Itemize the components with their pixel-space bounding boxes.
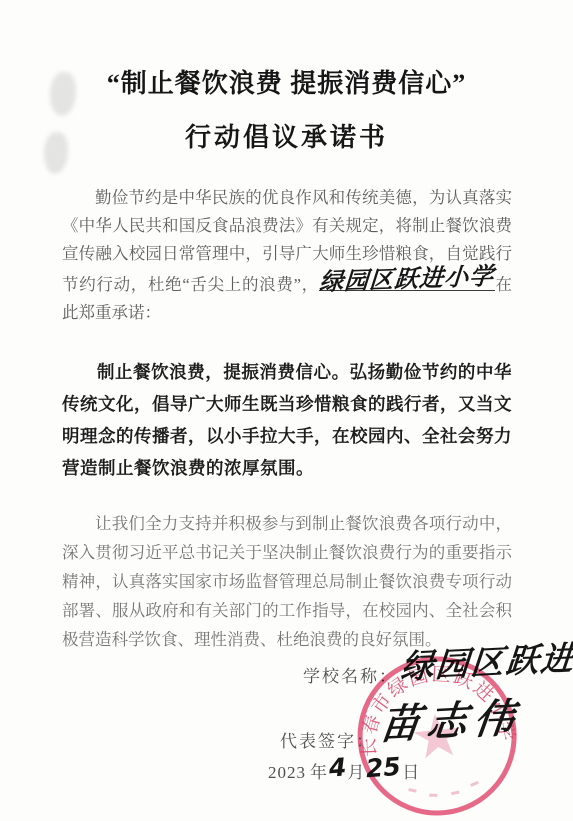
signature-label: 代表签字： — [280, 732, 375, 751]
document-header: “制止餐饮浪费 提振消费信心” 行动倡议承诺书 — [0, 0, 573, 156]
document-body: 勤俭节约是中华民族的优良作风和传统美德，为认真落实《中华人民共和国反食品浪费法》… — [62, 184, 512, 654]
handwritten-date-month: 4 — [328, 752, 347, 782]
document-title-line2: 行动倡议承诺书 — [0, 120, 573, 156]
paragraph-intro: 勤俭节约是中华民族的优良作风和传统美德，为认真落实《中华人民共和国反食品浪费法》… — [62, 184, 512, 327]
pledge-document-page: “制止餐饮浪费 提振消费信心” 行动倡议承诺书 勤俭节约是中华民族的优良作风和传… — [0, 0, 573, 821]
date-year: 2023 — [268, 763, 306, 782]
date-row: 2023 年4月25日 — [268, 755, 420, 784]
date-month-suffix: 月 — [347, 763, 365, 782]
school-name-blank: 绿园区跃进小学 — [319, 268, 495, 291]
handwritten-school-name-inline: 绿园区跃进小学 — [319, 262, 496, 296]
handwritten-signature: 苗志伟 — [377, 686, 525, 751]
document-title-line1: “制止餐饮浪费 提振消费信心” — [0, 66, 573, 102]
scan-smudge — [44, 132, 68, 174]
date-day-suffix: 日 — [402, 763, 420, 782]
paragraph-pledge-bold: 制止餐饮浪费，提振消费信心。弘扬勤俭节约的中华传统文化，倡导广大师生既当珍惜粮食… — [62, 356, 512, 484]
handwritten-date-day: 25 — [365, 752, 402, 783]
date-year-suffix: 年 — [310, 763, 328, 782]
paragraph-action: 让我们全力支持并积极参与到制止餐饮浪费各项行动中，深入贯彻习近平总书记关于坚决制… — [62, 509, 512, 654]
signature-row: 代表签字：苗志伟 — [280, 702, 520, 759]
